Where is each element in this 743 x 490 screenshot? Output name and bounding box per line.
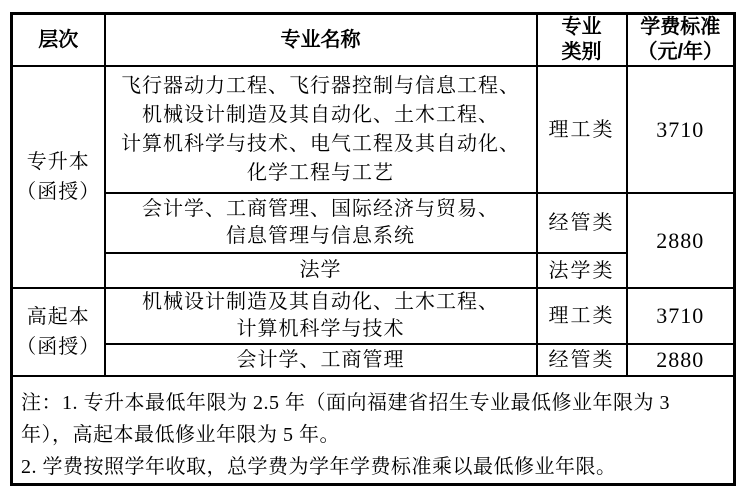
level-cell-zhuanshengben: 专升本 （函授） xyxy=(12,66,105,288)
tuition-fee-table: 层次 专业名称 专业 类别 学费标准 （元/年） 专升本 （函授） 飞行器动力工… xyxy=(10,12,736,486)
header-fee-standard: 学费标准 （元/年） xyxy=(627,14,735,67)
table-row: 会计学、工商管理、国际经济与贸易、 信息管理与信息系统 经管类 2880 xyxy=(12,193,735,253)
majors-cell: 机械设计制造及其自动化、土木工程、 计算机科学与技术 xyxy=(105,288,537,344)
header-row: 层次 专业名称 专业 类别 学费标准 （元/年） xyxy=(12,14,735,67)
majors-line: 会计学、工商管理 xyxy=(106,346,536,375)
category-cell: 理工类 xyxy=(537,66,627,193)
majors-cell: 法学 xyxy=(105,253,537,288)
majors-line: 会计学、工商管理、国际经济与贸易、 xyxy=(106,196,536,223)
majors-cell: 飞行器动力工程、飞行器控制与信息工程、 机械设计制造及其自动化、土木工程、 计算… xyxy=(105,66,537,193)
header-category-line: 类别 xyxy=(538,40,626,65)
tuition-table-container: 层次 专业名称 专业 类别 学费标准 （元/年） 专升本 （函授） 飞行器动力工… xyxy=(10,12,736,486)
level-line: 专升本 xyxy=(13,147,104,177)
level-line: 高起本 xyxy=(13,302,104,332)
majors-cell: 会计学、工商管理 xyxy=(105,344,537,376)
majors-line: 飞行器动力工程、飞行器控制与信息工程、 xyxy=(106,72,536,101)
majors-line: 机械设计制造及其自动化、土木工程、 xyxy=(106,101,536,130)
majors-line: 计算机科学与技术、电气工程及其自动化、 xyxy=(106,130,536,159)
fee-cell: 2880 xyxy=(627,344,735,376)
level-line: （函授） xyxy=(13,177,104,207)
fee-cell: 3710 xyxy=(627,66,735,193)
majors-line: 机械设计制造及其自动化、土木工程、 xyxy=(106,289,536,316)
category-cell: 法学类 xyxy=(537,253,627,288)
note-line: 2. 学费按照学年收取，总学费为学年学费标准乘以最低修业年限。 xyxy=(21,451,725,483)
fee-cell: 3710 xyxy=(627,288,735,344)
header-fee-line: 学费标准 xyxy=(628,15,734,40)
category-cell: 经管类 xyxy=(537,344,627,376)
header-fee-line: （元/年） xyxy=(628,40,734,65)
table-row: 会计学、工商管理 经管类 2880 xyxy=(12,344,735,376)
header-major-name: 专业名称 xyxy=(105,14,537,67)
table-row: 专升本 （函授） 飞行器动力工程、飞行器控制与信息工程、 机械设计制造及其自动化… xyxy=(12,66,735,193)
majors-line: 计算机科学与技术 xyxy=(106,316,536,343)
majors-line: 化学工程与工艺 xyxy=(106,159,536,188)
note-line: 注：1. 专升本最低年限为 2.5 年（面向福建省招生专业最低修业年限为 3 xyxy=(21,387,725,419)
header-level: 层次 xyxy=(12,14,105,67)
table-row: 高起本 （函授） 机械设计制造及其自动化、土木工程、 计算机科学与技术 理工类 … xyxy=(12,288,735,344)
note-line: 年），高起本最低修业年限为 5 年。 xyxy=(21,419,725,451)
header-category-line: 专业 xyxy=(538,15,626,40)
fee-cell-merged: 2880 xyxy=(627,193,735,288)
majors-line: 信息管理与信息系统 xyxy=(106,223,536,250)
level-cell-gaoqiben: 高起本 （函授） xyxy=(12,288,105,376)
notes-cell: 注：1. 专升本最低年限为 2.5 年（面向福建省招生专业最低修业年限为 3 年… xyxy=(12,376,735,485)
notes-row: 注：1. 专升本最低年限为 2.5 年（面向福建省招生专业最低修业年限为 3 年… xyxy=(12,376,735,485)
header-major-category: 专业 类别 xyxy=(537,14,627,67)
majors-cell: 会计学、工商管理、国际经济与贸易、 信息管理与信息系统 xyxy=(105,193,537,253)
majors-line: 法学 xyxy=(106,256,536,285)
table-row: 法学 法学类 xyxy=(12,253,735,288)
level-line: （函授） xyxy=(13,332,104,362)
category-cell: 经管类 xyxy=(537,193,627,253)
category-cell: 理工类 xyxy=(537,288,627,344)
